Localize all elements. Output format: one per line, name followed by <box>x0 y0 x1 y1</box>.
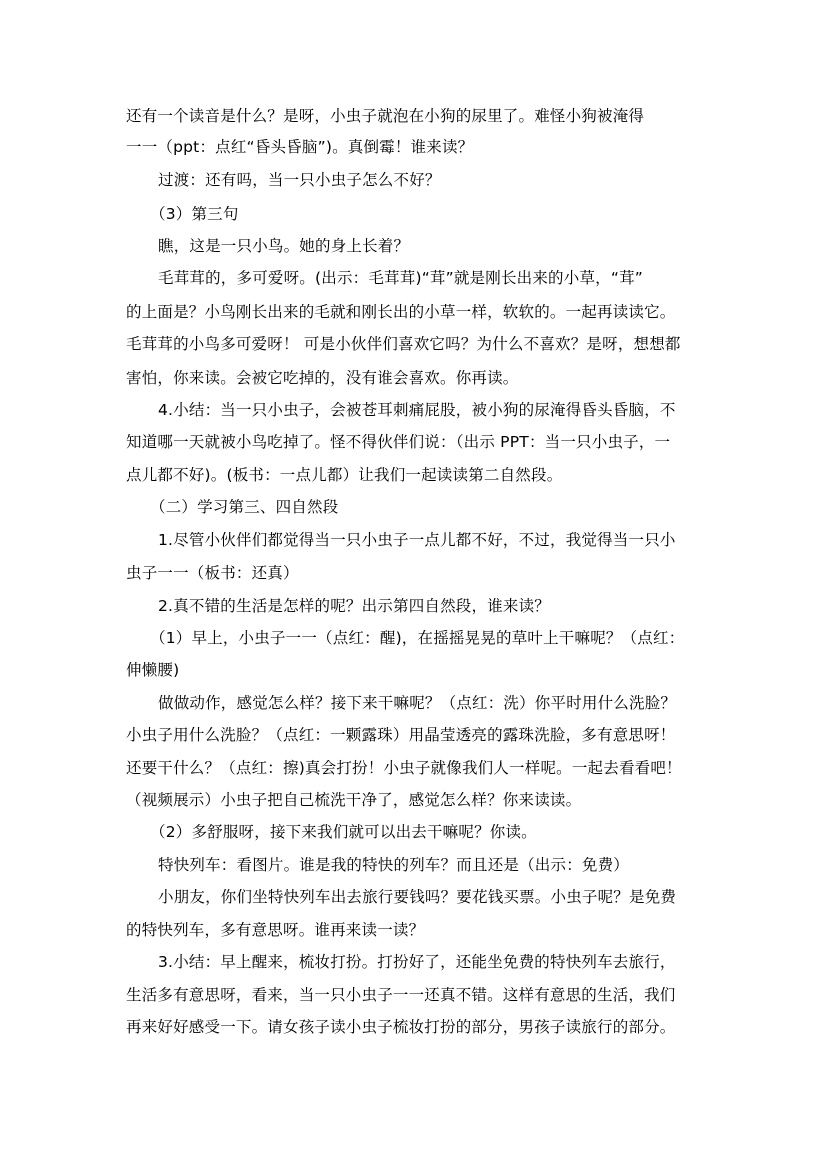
text-line: 过渡：还有吗，当一只小虫子怎么不好？ <box>158 170 703 190</box>
text-line: 害怕，你来读。会被它吃掉的，没有谁会喜欢。你再读。 <box>126 368 703 388</box>
section-heading: （二）学习第三、四自然段 <box>150 497 703 517</box>
section-heading: （3）第三句 <box>150 204 703 224</box>
text-line: 做做动作，感觉怎么样？接下来干嘛呢？（点红：洗）你平时用什么洗脸？ <box>158 693 703 713</box>
text-line: 小朋友，你们坐特快列车出去旅行要钱吗？要花钱买票。小虫子呢？是免费 <box>158 887 703 907</box>
text-line: 伸懒腰) <box>126 660 703 680</box>
text-line: 3.小结：早上醒来，梳妆打扮。打扮好了，还能坐免费的特快列车去旅行， <box>158 952 703 972</box>
text-line: 的上面是？小鸟刚长出来的毛就和刚长出的小草一样，软软的。一起再读读它。 <box>126 302 703 322</box>
text-line: 毛茸茸的小鸟多可爱呀！ 可是小伙伴们喜欢它吗？为什么不喜欢？是呀，想想都 <box>126 334 703 354</box>
text-line: 知道哪一天就被小鸟吃掉了。怪不得伙伴们说：（出示 PPT：当一只小虫子，一 <box>126 432 703 452</box>
text-line: 2.真不错的生活是怎样的呢？出示第四自然段，谁来读？ <box>158 596 703 616</box>
text-line: （1）早上，小虫子一一（点红：醒)，在摇摇晃晃的草叶上干嘛呢？（点红： <box>150 628 703 648</box>
text-line: 特快列车：看图片。谁是我的特快的列车？而且还是（出示：免费） <box>158 855 703 875</box>
text-line: （视频展示）小虫子把自己梳洗干净了，感觉怎么样？你来读读。 <box>126 790 703 810</box>
text-line: 再来好好感受一下。请女孩子读小虫子梳妆打扮的部分，男孩子读旅行的部分。 <box>126 1017 703 1037</box>
text-line: 还要干什么？（点红：擦)真会打扮！小虫子就像我们人一样呢。一起去看看吧！ <box>126 758 703 778</box>
text-line: （2）多舒服呀，接下来我们就可以出去干嘛呢？你读。 <box>150 822 703 842</box>
text-line: 生活多有意思呀，看来，当一只小虫子一一还真不错。这样有意思的生活，我们 <box>126 985 703 1005</box>
text-line: 虫子一一（板书：还真） <box>126 563 703 583</box>
text-line: 点儿都不好)。(板书：一点儿都）让我们一起读读第二自然段。 <box>126 465 703 485</box>
text-line: 小虫子用什么洗脸？（点红：一颗露珠）用晶莹透亮的露珠洗脸，多有意思呀！ <box>126 725 703 745</box>
text-line: 毛茸茸的，多可爱呀。(出示：毛茸茸)“茸”就是刚长出来的小草，“茸” <box>158 268 703 288</box>
document-page: 还有一个读音是什么？是呀，小虫子就泡在小狗的尿里了。难怪小狗被淹得 一一（ppt… <box>0 0 827 1170</box>
text-line: 的特快列车，多有意思呀。谁再来读一读？ <box>126 920 703 940</box>
text-line: 4.小结：当一只小虫子，会被苍耳刺痛屁股，被小狗的尿淹得昏头昏脑，不 <box>158 400 703 420</box>
text-line: 一一（ppt：点红“昏头昏脑”)。真倒霉！谁来读？ <box>126 137 703 157</box>
text-line: 1.尽管小伙伴们都觉得当一只小虫子一点儿都不好，不过，我觉得当一只小 <box>158 530 703 550</box>
text-line: 还有一个读音是什么？是呀，小虫子就泡在小狗的尿里了。难怪小狗被淹得 <box>126 106 703 126</box>
text-line: 瞧，这是一只小鸟。她的身上长着？ <box>158 236 703 256</box>
